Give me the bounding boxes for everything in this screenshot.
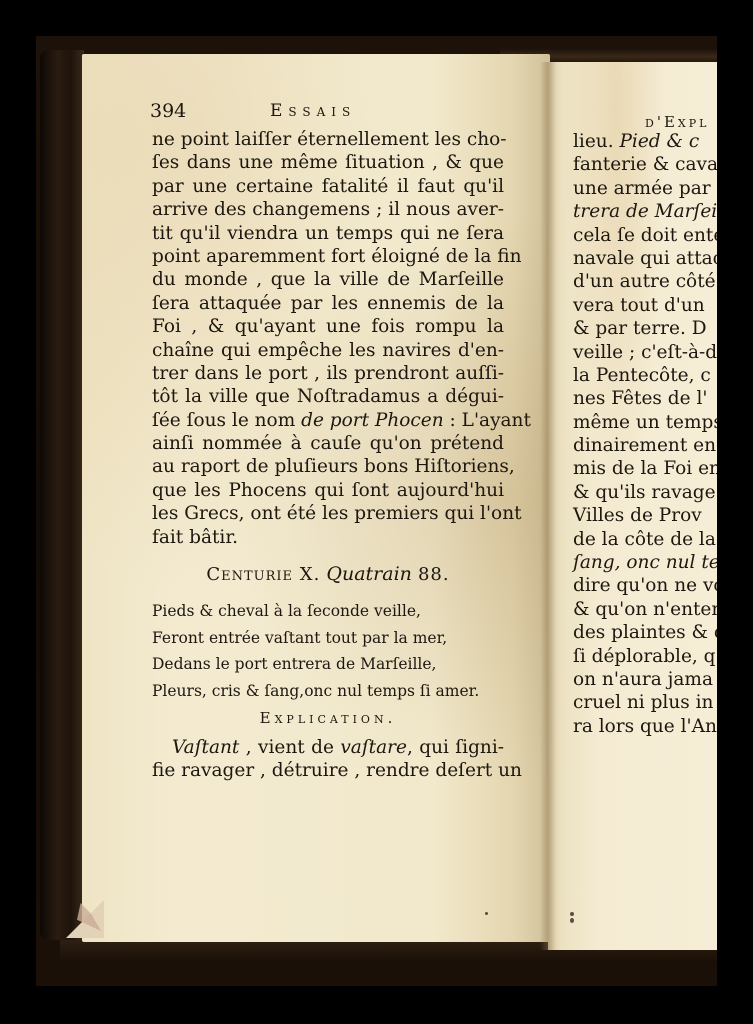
text-line: la Pentecôte, c <box>573 364 717 387</box>
text-line: fait bâtir. <box>152 526 504 549</box>
text-line: cruel ni plus in <box>573 691 717 714</box>
text-line: que les Phocens qui ſont aujourd'hui <box>152 479 504 502</box>
explication-heading: Explication. <box>152 706 504 730</box>
right-body-text: lieu. Pied & c fanterie & caval une armé… <box>573 130 717 738</box>
right-page-clip: d'Expl lieu. Pied & c fanterie & caval u… <box>548 0 717 1024</box>
quatrain-verse: Pieds & cheval à la ſeconde veille, Fero… <box>152 598 504 704</box>
text-line: ſes dans une même ſituation , & que <box>152 151 504 174</box>
text-line: & qu'on n'enten <box>573 598 717 621</box>
text-line: de la côte de la <box>573 528 717 551</box>
text-line: tôt la ville que Noſtradamus a dégui- <box>152 385 504 408</box>
text-line: tit qu'il viendra un temps qui ne ſera <box>152 222 504 245</box>
verse-line: Dedans le port entrera de Marſeille, <box>152 651 504 678</box>
text-line: ſera attaquée par les ennemis de la <box>152 292 504 315</box>
centurie-heading: Centurie X. Quatrain 88. <box>152 562 504 587</box>
text-line: Foi , & qu'ayant une fois rompu la <box>152 315 504 338</box>
text-line: arrive des changemens ; il nous aver- <box>152 198 504 221</box>
running-head-title: Essais <box>270 100 356 122</box>
text-line: par une certaine fatalité il faut qu'il <box>152 175 504 198</box>
text-line: ſi déplorable, q <box>573 645 717 668</box>
text-line: d'un autre côté ; <box>573 270 717 293</box>
text-line: lieu. Pied & c <box>573 130 717 153</box>
italic-term: Vaſtant <box>172 737 239 758</box>
left-running-head: 394 Essais <box>150 100 510 122</box>
page-number: 394 <box>150 100 186 122</box>
explication-line: fie ravager , détruire , rendre deſert u… <box>152 759 504 782</box>
text-line: dinairement en <box>573 434 717 457</box>
right-running-head: d'Expl <box>645 112 709 132</box>
text-fragment: , qui ſigni- <box>407 737 504 758</box>
text-line: nes Fêtes de l' <box>573 387 717 410</box>
italic-fragment: Pied & c <box>619 131 699 152</box>
italic-phrase: de port Phocen <box>301 410 444 431</box>
text-line: ne point laiſſer éternellement les cho- <box>152 128 504 151</box>
italic-term: vaſtare <box>340 737 407 758</box>
foxing-spot <box>570 912 574 916</box>
foxing-spot <box>570 918 574 923</box>
text-line: dire qu'on ne vo <box>573 574 717 597</box>
cover-left-edge <box>40 50 84 940</box>
text-line: chaîne qui empêche les navires d'en- <box>152 339 504 362</box>
text-line: même un temps <box>573 411 717 434</box>
text-line: point aparemment fort éloigné de la fin <box>152 245 504 268</box>
verse-line: Pieds & cheval à la ſeconde veille, <box>152 598 504 625</box>
text-line: ra lors que l'An <box>573 715 717 738</box>
text-line: vera tout d'un <box>573 294 717 317</box>
text-line: ſang, onc nul te <box>573 551 717 574</box>
text-line: mis de la Foi en <box>573 457 717 480</box>
text-line: du monde , que la ville de Marſeille <box>152 268 504 291</box>
text-line: & par terre. D <box>573 317 717 340</box>
text-line: cela ſe doit ente <box>573 224 717 247</box>
left-body-text: ne point laiſſer éternellement les cho- … <box>152 128 504 549</box>
foxing-spot <box>485 912 488 915</box>
text-line: on n'aura jama <box>573 668 717 691</box>
text-line: les Grecs, ont été les premiers qui l'on… <box>152 502 504 525</box>
text-line: & qu'ils ravage <box>573 481 717 504</box>
explication-body: Vaſtant , vient de vaſtare, qui ſigni- f… <box>152 736 504 783</box>
text-line: une armée par t <box>573 177 717 200</box>
text-line: Villes de Prov <box>573 504 717 527</box>
text-line: veille ; c'eſt-à-d <box>573 341 717 364</box>
quatrain-label: Quatrain <box>326 563 412 585</box>
text-fragment: lieu. <box>573 131 619 152</box>
text-line: des plaintes & c <box>573 621 717 644</box>
text-line: navale qui attac <box>573 247 717 270</box>
text-line: ainſi nommée à cauſe qu'on prétend <box>152 432 504 455</box>
centurie-label: Centurie X. <box>206 564 320 585</box>
text-line-with-italic: ſée ſous le nom de port Phocen : L'ayant <box>152 409 504 432</box>
text-line: fanterie & caval <box>573 153 717 176</box>
explication-line: Vaſtant , vient de vaſtare, qui ſigni- <box>152 736 504 759</box>
text-line: trera de Marſei <box>573 200 717 223</box>
scan-black-margin <box>717 0 753 1024</box>
verse-line: Feront entrée vaſtant tout par la mer, <box>152 625 504 652</box>
text-line: trer dans le port , ils prendront auſſi- <box>152 362 504 385</box>
quatrain-number: 88. <box>418 564 450 585</box>
text-fragment: , vient de <box>239 737 340 758</box>
text-line: au raport de pluſieurs bons Hiſtoriens, <box>152 455 504 478</box>
verse-line: Pleurs, cris & ſang,onc nul temps ſi ame… <box>152 678 504 705</box>
